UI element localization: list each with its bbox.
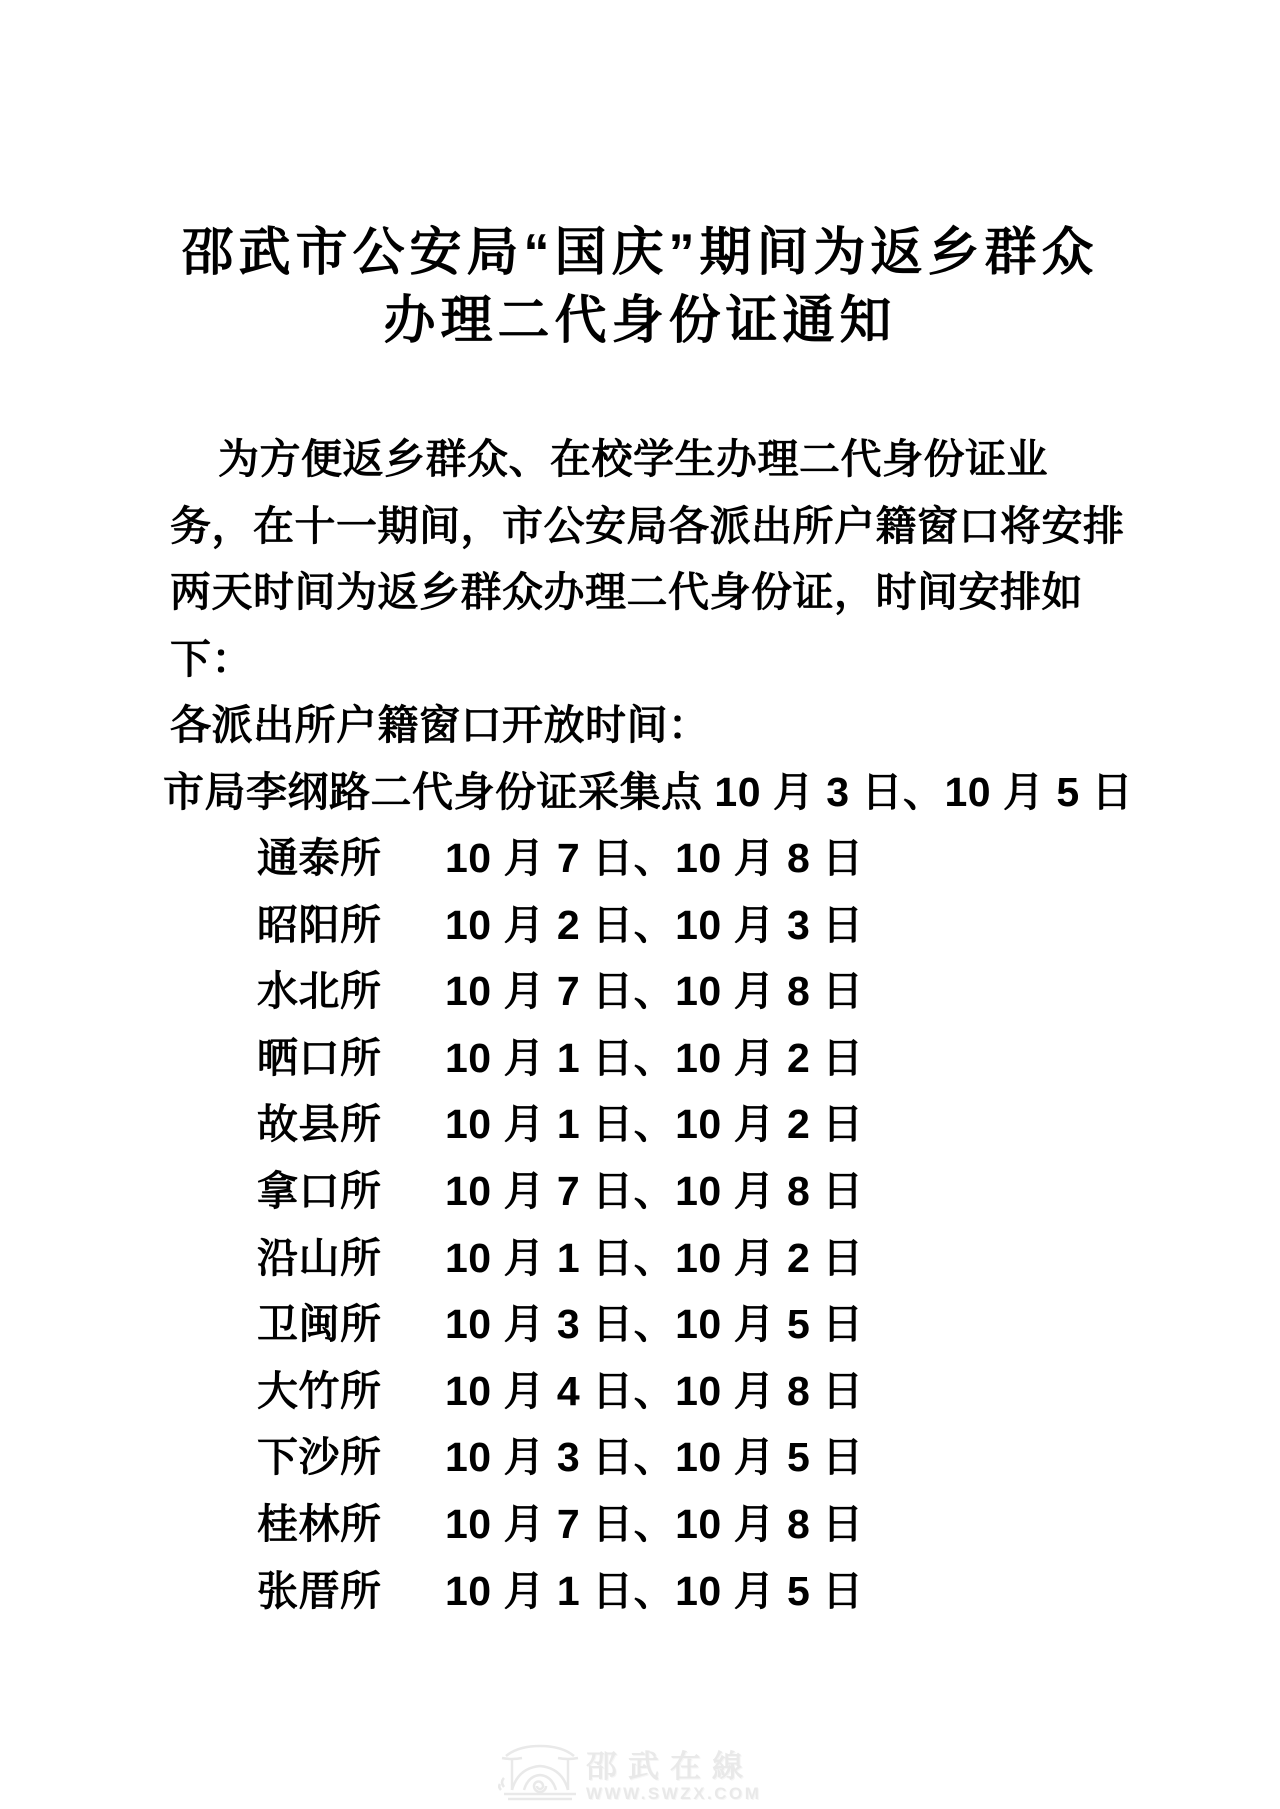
station-dates: 10 月 3 日、10 月 5 日 bbox=[445, 1435, 864, 1502]
watermark-site-url: www.swzx.com bbox=[586, 1785, 761, 1802]
station-row: 沿山所 10 月 1 日、10 月 2 日 bbox=[170, 1236, 1090, 1303]
station-row: 桂林所 10 月 7 日、10 月 8 日 bbox=[170, 1502, 1090, 1569]
station-dates: 10 月 3 日、10 月 5 日 bbox=[445, 1302, 864, 1369]
station-name: 水北所 bbox=[170, 969, 445, 1036]
paragraph-line-2: 务，在十一期间，市公安局各派出所户籍窗口将安排 bbox=[170, 504, 1090, 571]
paragraph-line-1: 为方便返乡群众、在校学生办理二代身份证业 bbox=[170, 437, 1090, 504]
schedule-heading: 各派出所户籍窗口开放时间： bbox=[170, 703, 1090, 770]
station-name: 大竹所 bbox=[170, 1369, 445, 1436]
collection-point-name: 市局李纲路二代身份证采集点 bbox=[163, 769, 703, 815]
station-name: 卫闽所 bbox=[170, 1302, 445, 1369]
station-dates: 10 月 7 日、10 月 8 日 bbox=[445, 836, 864, 903]
station-name: 下沙所 bbox=[170, 1435, 445, 1502]
station-name: 通泰所 bbox=[170, 836, 445, 903]
watermark-text-block: 邵武在線 www.swzx.com bbox=[586, 1751, 761, 1802]
document-title-line-2: 办理二代身份证通知 bbox=[0, 292, 1280, 352]
station-dates: 10 月 7 日、10 月 8 日 bbox=[445, 1169, 864, 1236]
station-name: 昭阳所 bbox=[170, 903, 445, 970]
station-name: 桂林所 bbox=[170, 1502, 445, 1569]
site-watermark: 邵武在線 www.swzx.com bbox=[498, 1738, 761, 1802]
station-row: 晒口所 10 月 1 日、10 月 2 日 bbox=[170, 1036, 1090, 1103]
station-row: 拿口所 10 月 7 日、10 月 8 日 bbox=[170, 1169, 1090, 1236]
station-name: 沿山所 bbox=[170, 1236, 445, 1303]
station-name: 张厝所 bbox=[170, 1569, 445, 1636]
station-dates: 10 月 7 日、10 月 8 日 bbox=[445, 1502, 864, 1569]
station-dates: 10 月 1 日、10 月 2 日 bbox=[445, 1036, 864, 1103]
station-row: 通泰所 10 月 7 日、10 月 8 日 bbox=[170, 836, 1090, 903]
collection-point-row: 市局李纲路二代身份证采集点 10 月 3 日、10 月 5 日 bbox=[163, 770, 1090, 837]
station-row: 昭阳所 10 月 2 日、10 月 3 日 bbox=[170, 903, 1090, 970]
document-body: 为方便返乡群众、在校学生办理二代身份证业 务，在十一期间，市公安局各派出所户籍窗… bbox=[170, 437, 1090, 1635]
station-dates: 10 月 7 日、10 月 8 日 bbox=[445, 969, 864, 1036]
station-row: 张厝所 10 月 1 日、10 月 5 日 bbox=[170, 1569, 1090, 1636]
station-name: 故县所 bbox=[170, 1102, 445, 1169]
station-name: 拿口所 bbox=[170, 1169, 445, 1236]
station-row: 大竹所 10 月 4 日、10 月 8 日 bbox=[170, 1369, 1090, 1436]
station-dates: 10 月 4 日、10 月 8 日 bbox=[445, 1369, 864, 1436]
station-dates: 10 月 1 日、10 月 2 日 bbox=[445, 1102, 864, 1169]
station-row: 下沙所 10 月 3 日、10 月 5 日 bbox=[170, 1435, 1090, 1502]
paragraph-line-3: 两天时间为返乡群众办理二代身份证，时间安排如 bbox=[170, 570, 1090, 637]
watermark-site-name: 邵武在線 bbox=[586, 1751, 754, 1782]
station-row: 水北所 10 月 7 日、10 月 8 日 bbox=[170, 969, 1090, 1036]
station-name: 晒口所 bbox=[170, 1036, 445, 1103]
station-dates: 10 月 1 日、10 月 2 日 bbox=[445, 1236, 864, 1303]
paragraph-line-4: 下： bbox=[170, 637, 1090, 704]
collection-point-dates: 10 月 3 日、10 月 5 日 bbox=[714, 769, 1133, 815]
station-row: 故县所 10 月 1 日、10 月 2 日 bbox=[170, 1102, 1090, 1169]
pavilion-logo-icon bbox=[498, 1738, 582, 1802]
document-title-line-1: 邵武市公安局“国庆”期间为返乡群众 bbox=[0, 224, 1280, 284]
station-dates: 10 月 1 日、10 月 5 日 bbox=[445, 1569, 864, 1636]
station-row: 卫闽所 10 月 3 日、10 月 5 日 bbox=[170, 1302, 1090, 1369]
station-dates: 10 月 2 日、10 月 3 日 bbox=[445, 903, 864, 970]
notice-document-page: 邵武市公安局“国庆”期间为返乡群众 办理二代身份证通知 为方便返乡群众、在校学生… bbox=[0, 0, 1280, 1809]
